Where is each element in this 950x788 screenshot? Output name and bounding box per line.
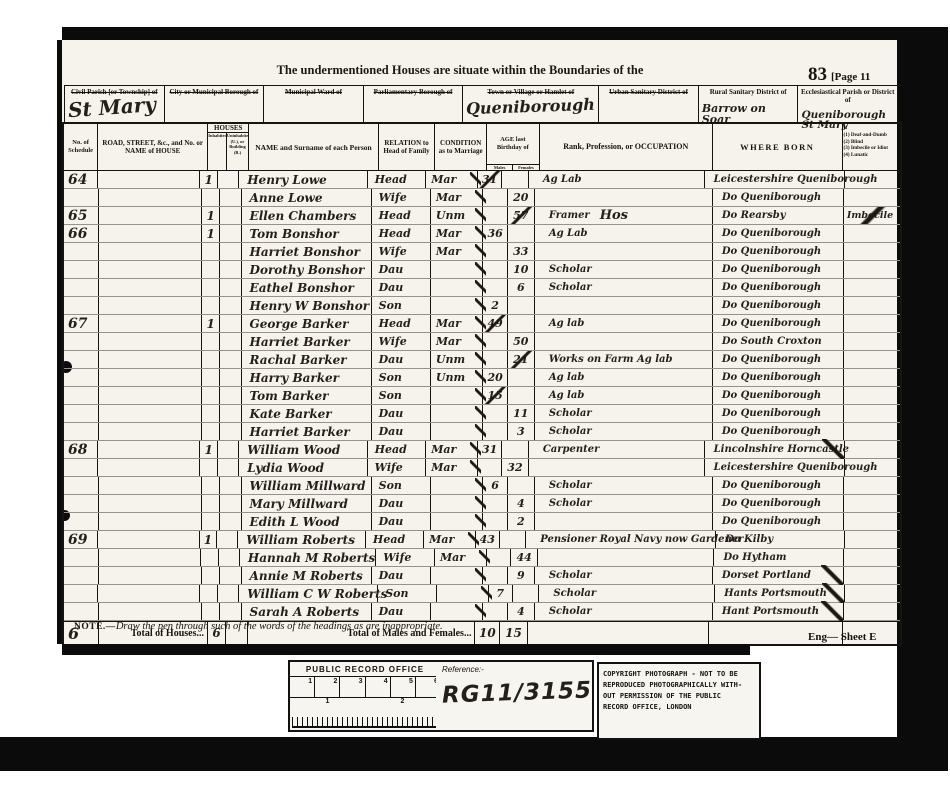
road-street-cell (99, 333, 202, 350)
schedule-number (64, 603, 99, 620)
uninhabited-cell (220, 495, 242, 512)
condition-cell (431, 279, 484, 296)
condition-cell: Unm (431, 207, 484, 224)
table-row: Harriet Barker Dau 3 Scholar Do Quenibor… (64, 423, 900, 441)
census-table: No. of Schedule ROAD, STREET, &c., and N… (62, 122, 902, 646)
age-female-cell: 11 (508, 405, 535, 422)
film-strip-bottom (0, 737, 948, 771)
table-row: Edith L Wood Dau 2 Do Queniborough (64, 513, 900, 531)
age-male-cell: 49 (483, 315, 507, 332)
relation-cell: Son (372, 477, 431, 494)
table-row: 69 1 William Roberts Head Mar 43 Pension… (64, 531, 900, 549)
age-female-cell (508, 297, 535, 314)
inhabited-cell (202, 513, 220, 530)
condition-cell: Mar (431, 333, 484, 350)
road-street-cell (99, 423, 202, 440)
inhabited-cell (202, 387, 220, 404)
schedule-number: 68 (64, 441, 98, 458)
ruler-cm-segment: 1 (290, 677, 315, 697)
where-born-cell: Leicestershire Queniborough (705, 459, 845, 476)
table-row: 66 1 Tom Bonshor Head Mar 36 Ag Lab Do Q… (64, 225, 900, 243)
page-number: 83 (808, 64, 827, 85)
infirmity-cell (844, 351, 900, 368)
condition-cell: Mar (426, 459, 478, 476)
where-born-cell: Leicestershire Queniborough (705, 171, 845, 188)
table-row: Harriet Barker Wife Mar 50 Do South Crox… (64, 333, 900, 351)
uninhabited-cell (220, 261, 242, 278)
table-row: 67 1 George Barker Head Mar 49 Ag lab Do… (64, 315, 900, 333)
table-row: Harry Barker Son Unm 20 Ag lab Do Quenib… (64, 369, 900, 387)
admin-field: Civil Parish [or Township] of St Mary (65, 86, 165, 123)
age-male-cell: 43 (476, 531, 500, 548)
occupation-cell: Pensioner Royal Navy now Gardener (526, 531, 716, 548)
occupation-cell: Scholar (539, 585, 715, 602)
table-row: Kate Barker Dau 11 Scholar Do Queniborou… (64, 405, 900, 423)
where-born-cell: Do Queniborough (713, 279, 844, 296)
road-street-cell (99, 477, 202, 494)
table-body: 64 1 Henry Lowe Head Mar 31 Ag Lab Leice… (64, 171, 900, 621)
header-males: Males (487, 165, 513, 170)
where-born-cell: Do Queniborough (713, 477, 844, 494)
inhabited-cell (202, 603, 220, 620)
schedule-number: 64 (64, 171, 98, 188)
condition-cell (431, 603, 484, 620)
infirmity-cell: Imbecile (844, 207, 900, 224)
person-name: George Barker (242, 315, 372, 332)
pro-office-title: PUBLIC RECORD OFFICE (290, 662, 440, 677)
condition-text: Mar (431, 443, 456, 456)
uninhabited-cell (218, 585, 239, 602)
relation-cell: Son (372, 387, 431, 404)
table-row: Annie M Roberts Dau 9 Scholar Dorset Por… (64, 567, 900, 585)
person-name: Edith L Wood (242, 513, 372, 530)
uninhabited-cell (220, 603, 242, 620)
person-name: Henry W Bonshor (242, 297, 372, 314)
footnote-text: Draw the pen through such of the words o… (116, 621, 443, 632)
inhabited-cell: 1 (202, 225, 220, 242)
table-row: Henry W Bonshor Son 2 Do Queniborough (64, 297, 900, 315)
header-relation: RELATION to Head of Family (379, 124, 436, 170)
occupation-text: Scholar (549, 498, 592, 509)
uninhabited-cell (220, 225, 242, 242)
occupation-cell: Ag lab (535, 387, 713, 404)
condition-text: Mar (429, 533, 454, 546)
infirmity-cell (844, 567, 900, 584)
page-bracket: [Page 11 (831, 71, 870, 83)
inhabited-cell (202, 423, 220, 440)
ruler-cm-segment: 5 (391, 677, 416, 697)
ruler-cm: 123456 (290, 677, 440, 698)
condition-cell (431, 297, 484, 314)
person-name: Anne Lowe (242, 189, 372, 206)
age-female-cell: 4 (508, 603, 535, 620)
relation-cell: Head (368, 171, 427, 188)
ruler-inches-row: 12 (290, 698, 440, 730)
uninhabited-cell (220, 369, 242, 386)
admin-field: Ecclesiastical Parish or District of Que… (798, 86, 897, 123)
uninhabited-cell (220, 567, 242, 584)
age-female-cell: 21 (508, 351, 535, 368)
age-male-cell: 7 (489, 585, 513, 602)
admin-field: Urban Sanitary District of (599, 86, 699, 123)
header-where-born: WHERE BORN (713, 124, 843, 170)
condition-cell (431, 477, 484, 494)
relation-cell: Son (372, 297, 431, 314)
where-born-cell: Dorset Portland (713, 567, 844, 584)
occupation-text: Ag Lab (543, 174, 582, 185)
age-female-cell: 33 (508, 243, 535, 260)
admin-row: Civil Parish [or Township] of St Mary Ci… (64, 85, 898, 124)
header-females: Females (513, 165, 538, 170)
road-street-cell (99, 603, 202, 620)
reference-number: RG11/3155 (442, 677, 593, 708)
infirmity-cell (844, 297, 900, 314)
admin-field-label: Rural Sanitary District of (699, 86, 798, 96)
occupation-cell (535, 297, 713, 314)
table-row: William Millward Son 6 Scholar Do Quenib… (64, 477, 900, 495)
uninhabited-cell (220, 243, 242, 260)
schedule-number (64, 333, 99, 350)
occupation-cell: Carpenter (529, 441, 705, 458)
infirmity-cell (844, 189, 900, 206)
age-female-cell (508, 369, 535, 386)
occupation-cell: Scholar (535, 567, 713, 584)
condition-cell: Mar (424, 531, 476, 548)
header-name: NAME and Surname of each Person (249, 124, 379, 170)
admin-field: Rural Sanitary District of Barrow on Soa… (699, 86, 799, 123)
age-male-cell (487, 549, 511, 566)
table-row: Hannah M Roberts Wife Mar 44 Do Hytham (64, 549, 900, 567)
admin-field: Parliamentary Borough of (364, 86, 464, 123)
where-born-cell: Do Rearsby (713, 207, 844, 224)
person-name: Harriet Barker (242, 333, 372, 350)
schedule-number (64, 297, 99, 314)
road-street-cell (99, 567, 202, 584)
person-name: Tom Bonshor (242, 225, 372, 242)
condition-text: Mar (431, 461, 456, 474)
occupation-cell: Scholar (535, 423, 713, 440)
age-female-cell: 3 (508, 423, 535, 440)
age-female-cell (508, 477, 535, 494)
condition-cell (431, 495, 484, 512)
where-born-cell: Do Queniborough (713, 423, 844, 440)
age-male-cell (483, 351, 507, 368)
where-born-cell: Do Queniborough (713, 225, 844, 242)
condition-cell: Mar (431, 225, 484, 242)
condition-text: Mar (440, 551, 465, 564)
occupation-cell (535, 333, 713, 350)
occupation-cell: Ag Lab (529, 171, 705, 188)
person-name: Hannah M Roberts (240, 549, 376, 566)
header-schedule: No. of Schedule (64, 124, 98, 170)
admin-field-label: Parliamentary Borough of (364, 86, 463, 96)
occupation-note: Hos (600, 208, 628, 223)
road-street-cell (99, 513, 202, 530)
uninhabited-cell (220, 423, 242, 440)
age-male-cell (483, 207, 507, 224)
relation-cell: Head (368, 441, 427, 458)
condition-cell: Mar (431, 243, 484, 260)
age-male-cell (483, 243, 507, 260)
relation-cell: Dau (372, 495, 431, 512)
schedule-number (64, 477, 99, 494)
occupation-cell (529, 459, 705, 476)
road-street-cell (98, 585, 200, 602)
occupation-cell (535, 243, 713, 260)
occupation-text: Scholar (549, 426, 592, 437)
uninhabited-cell (217, 531, 238, 548)
infirmity-cell (844, 369, 900, 386)
age-male-cell (483, 261, 507, 278)
condition-text: Mar (431, 173, 456, 186)
person-name: Dorothy Bonshor (242, 261, 372, 278)
occupation-cell: Scholar (535, 495, 713, 512)
condition-cell: Mar (435, 549, 487, 566)
infirmity-cell (845, 171, 900, 188)
road-street-cell (99, 369, 202, 386)
uninhabited-cell (220, 351, 242, 368)
age-male-cell (483, 567, 507, 584)
occupation-cell: Scholar (535, 279, 713, 296)
ruler-cm-segment: 3 (340, 677, 365, 697)
relation-cell: Dau (372, 261, 431, 278)
uninhabited-cell (220, 207, 242, 224)
admin-field: City or Municipal Borough of (165, 86, 265, 123)
occupation-text: Ag lab (549, 318, 585, 329)
schedule-number (64, 549, 99, 566)
infirmity-cell (844, 333, 900, 350)
relation-cell: Wife (372, 243, 431, 260)
header-infirmity: If (1) Deaf-and-Dumb (2) Blind (3) Imbec… (843, 124, 900, 170)
inhabited-cell (202, 369, 220, 386)
condition-text: Mar (436, 191, 461, 204)
condition-cell: Mar (426, 171, 478, 188)
age-male-cell (483, 333, 507, 350)
age-female-cell: 4 (508, 495, 535, 512)
infirmity-cell (844, 225, 900, 242)
occupation-cell (535, 189, 713, 206)
relation-cell: Wife (376, 549, 435, 566)
age-male-cell (483, 513, 507, 530)
uninhabited-cell (220, 315, 242, 332)
header-uninhabited: Uninhabited (U.), or Building (B.) (227, 133, 248, 170)
person-name: Harriet Bonshor (242, 243, 372, 260)
age-female-cell: 50 (508, 333, 535, 350)
condition-text: Unm (436, 209, 465, 222)
where-born-cell: Do Queniborough (713, 513, 844, 530)
infirmity-cell (845, 459, 900, 476)
relation-cell: Head (372, 207, 431, 224)
condition-cell (431, 423, 484, 440)
age-female-cell (508, 315, 535, 332)
person-name: William Roberts (238, 531, 366, 548)
person-name: William Millward (242, 477, 372, 494)
inhabited-cell (202, 279, 220, 296)
page-heading: The undermentioned Houses are situate wi… (150, 63, 770, 78)
schedule-number (64, 585, 98, 602)
occupation-cell: Scholar (535, 261, 713, 278)
road-street-cell (99, 351, 202, 368)
road-street-cell (99, 189, 202, 206)
page-reference: 83 [Page 11 (808, 64, 898, 86)
page-edge-bar (62, 644, 750, 655)
relation-cell: Head (372, 315, 431, 332)
film-strip-right (897, 27, 948, 771)
person-name: Tom Barker (242, 387, 372, 404)
schedule-number (64, 495, 99, 512)
road-street-cell (99, 405, 202, 422)
uninhabited-cell (220, 189, 242, 206)
inhabited-cell (202, 567, 220, 584)
where-born-cell: Do Queniborough (713, 369, 844, 386)
condition-cell (431, 387, 484, 404)
age-male-cell (483, 279, 507, 296)
header-houses: HOUSES Inhabited Uninhabited (U.), or Bu… (208, 124, 249, 170)
person-name: Annie M Roberts (242, 567, 372, 584)
infirmity-cell (844, 315, 900, 332)
where-born-cell: Lincolnshire Horncastle (705, 441, 845, 458)
age-male-cell (483, 423, 507, 440)
age-male-cell: 31 (478, 171, 502, 188)
ruler-inch-number: 2 (401, 698, 405, 705)
uninhabited-cell (220, 333, 242, 350)
empty-cell (528, 622, 709, 644)
condition-cell: Mar (431, 189, 484, 206)
occupation-text: Scholar (549, 570, 592, 581)
header-inhabited: Inhabited (208, 133, 227, 170)
uninhabited-cell (218, 459, 239, 476)
footnote-prefix: NOTE.— (74, 622, 116, 632)
table-row: Anne Lowe Wife Mar 20 Do Queniborough (64, 189, 900, 207)
age-female-cell (502, 171, 529, 188)
occupation-text: Works on Farm Ag lab (549, 354, 673, 365)
road-street-cell (99, 261, 202, 278)
age-male-cell (483, 189, 507, 206)
occupation-cell: Framer Hos (535, 207, 713, 224)
condition-cell (431, 513, 484, 530)
age-female-cell: 44 (511, 549, 538, 566)
where-born-cell: Do Queniborough (713, 189, 844, 206)
schedule-number (64, 261, 99, 278)
occupation-cell (535, 513, 713, 530)
age-male-cell: 2 (483, 297, 507, 314)
admin-field-label: Ecclesiastical Parish or District of (798, 86, 897, 105)
age-female-cell: 6 (508, 279, 535, 296)
person-name: Rachal Barker (242, 351, 372, 368)
occupation-cell: Ag lab (535, 315, 713, 332)
header-condition: CONDITION as to Marriage (435, 124, 487, 170)
person-name: William C W Roberts (239, 585, 378, 602)
person-name: Kate Barker (242, 405, 372, 422)
occupation-text: Scholar (549, 408, 592, 419)
infirmity-cell (844, 477, 900, 494)
road-street-cell (98, 171, 200, 188)
person-name: Ellen Chambers (242, 207, 372, 224)
occupation-text: Scholar (549, 480, 592, 491)
schedule-number (64, 513, 99, 530)
where-born-cell: Do Queniborough (713, 315, 844, 332)
occupation-text: Pensioner Royal Navy now Gardener (540, 534, 743, 545)
age-male-cell: 36 (483, 225, 507, 242)
admin-field-label: Urban Sanitary District of (599, 86, 698, 96)
infirmity-cell (844, 279, 900, 296)
person-name: Henry Lowe (239, 171, 367, 188)
where-born-cell: Hants Portsmouth (715, 585, 844, 602)
admin-field-value: St Mary (64, 94, 164, 121)
road-street-cell (99, 279, 202, 296)
ruler-cm-segment: 2 (315, 677, 340, 697)
infirmity-cell (844, 405, 900, 422)
uninhabited-cell (220, 405, 242, 422)
schedule-number: 67 (64, 315, 99, 332)
uninhabited-cell (220, 297, 242, 314)
road-street-cell (99, 549, 201, 566)
road-street-cell (99, 225, 202, 242)
inhabited-cell (202, 261, 220, 278)
relation-cell: Dau (372, 567, 431, 584)
condition-cell: Unm (431, 351, 484, 368)
where-born-cell: Do Queniborough (713, 261, 844, 278)
occupation-cell: Scholar (535, 477, 713, 494)
where-born-cell: Do South Croxton (713, 333, 844, 350)
road-street-cell (99, 315, 202, 332)
inhabited-cell (202, 333, 220, 350)
age-female-cell (500, 531, 527, 548)
ruler-ticks (292, 717, 438, 728)
age-female-cell: 20 (508, 189, 535, 206)
infirmity-cell (845, 531, 900, 548)
header-road: ROAD, STREET, &c., and No. or NAME of HO… (98, 124, 208, 170)
infirmity-cell (844, 423, 900, 440)
females-total: 15 (500, 622, 528, 644)
condition-text: Mar (436, 245, 461, 258)
table-row: Rachal Barker Dau Unm 21 Works on Farm A… (64, 351, 900, 369)
schedule-number (64, 405, 99, 422)
relation-cell: Dau (372, 423, 431, 440)
road-street-cell (99, 243, 202, 260)
infirmity-cell (844, 549, 900, 566)
relation-cell: Head (366, 531, 424, 548)
condition-cell (431, 261, 484, 278)
occupation-text: Scholar (549, 264, 592, 275)
reference-label: Reference:- (436, 662, 592, 674)
relation-cell: Wife (372, 333, 431, 350)
road-street-cell (99, 297, 202, 314)
age-female-cell: 9 (508, 567, 535, 584)
uninhabited-cell (220, 477, 242, 494)
where-born-cell: Do Queniborough (713, 495, 844, 512)
inhabited-cell (202, 405, 220, 422)
inhabited-cell (202, 477, 220, 494)
header-occupation: Rank, Profession, or OCCUPATION (540, 124, 713, 170)
where-born-cell: Do Queniborough (713, 297, 844, 314)
infirmity-cell (844, 243, 900, 260)
infirmity-cell (844, 513, 900, 530)
age-male-cell (478, 459, 502, 476)
age-male-cell (483, 495, 507, 512)
where-born-cell: Hant Portsmouth (713, 603, 844, 620)
person-name: Sarah A Roberts (242, 603, 372, 620)
schedule-number (64, 189, 99, 206)
schedule-number (64, 369, 99, 386)
relation-cell: Wife (372, 189, 431, 206)
relation-cell: Dau (372, 513, 431, 530)
table-row: Harriet Bonshor Wife Mar 33 Do Queniboro… (64, 243, 900, 261)
age-female-cell: 10 (508, 261, 535, 278)
infirmity-cell (844, 495, 900, 512)
header-age: AGE last Birthday of Males Females (487, 124, 540, 170)
inhabited-cell: 1 (202, 207, 220, 224)
